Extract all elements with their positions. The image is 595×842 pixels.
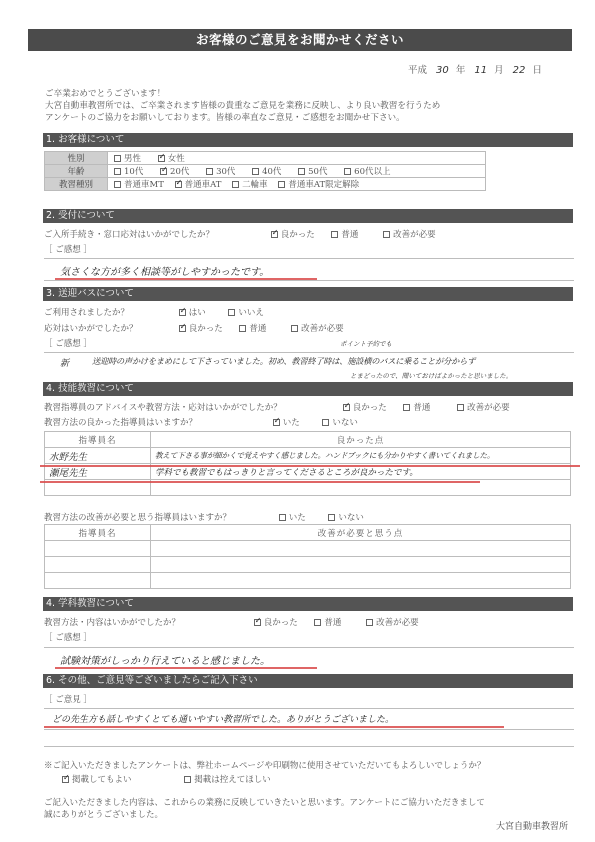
reception-normal-checkbox[interactable]: 普通	[331, 228, 358, 240]
course-type-label: 教習種別	[45, 178, 108, 191]
age-40s-checkbox[interactable]: 40代	[252, 165, 281, 177]
reception-question: ご入所手続き・窓口応対はいかがでしたか？ 良かった 普通 改善が必要	[44, 228, 450, 240]
reception-comment-label: ［ ご感想 ］	[44, 243, 92, 255]
reception-good-checkbox[interactable]: 良かった	[271, 228, 315, 240]
course-mt-checkbox[interactable]: 普通車MT	[114, 178, 164, 190]
underline	[55, 667, 317, 669]
option-label: 普通車MT	[124, 180, 164, 190]
checked-checkbox-icon	[62, 776, 69, 783]
date-era: 平成	[408, 65, 427, 76]
table-row	[45, 573, 571, 589]
date-day-label: 日	[532, 65, 542, 76]
publish-consent-question: ※ご記入いただきましたアンケートは、弊社ホームページや印刷物に使用させていただい…	[44, 760, 485, 772]
improve-instructor-yes-checkbox[interactable]: いた	[279, 511, 306, 523]
date-line: 平成 30 年 11 月 22 日	[408, 62, 542, 76]
column-header: 指導員名	[45, 525, 151, 541]
checked-checkbox-icon	[254, 619, 261, 626]
table-row	[45, 557, 571, 573]
divider	[44, 647, 574, 648]
checkbox-icon	[184, 776, 191, 783]
option-label: 改善が必要	[301, 324, 344, 334]
organization-name: 大宮自動車教習所	[496, 819, 568, 832]
checkbox-icon	[278, 181, 285, 188]
closing-line: 誠にありがとうございました。	[44, 809, 485, 821]
date-day-field[interactable]: 22	[513, 65, 526, 76]
publish-allowed-checkbox[interactable]: 掲載してもよい	[62, 773, 132, 785]
option-label: 普通	[413, 403, 430, 413]
bus-usage-yes-checkbox[interactable]: はい	[179, 306, 206, 318]
age-20s-checkbox[interactable]: 20代	[160, 165, 189, 177]
table-row: 水野先生 教えて下さる事が細かくで覚えやすく感じました。ハンドブックにも分かりや…	[45, 448, 571, 464]
underline	[44, 726, 504, 728]
checkbox-icon	[228, 309, 235, 316]
bus-comment-prefix: 新	[60, 356, 69, 369]
checkbox-icon	[239, 325, 246, 332]
closing-message: ご記入いただきました内容は、これからの業務に反映していきたいと思います。アンケー…	[44, 797, 485, 821]
instructor-good-checkbox[interactable]: 良かった	[343, 401, 387, 413]
bus-service-question: 応対はいかがでしたか？ 良かった 普通 改善が必要	[44, 322, 358, 334]
classroom-comment-label: ［ ご感想 ］	[44, 631, 92, 643]
customer-info-table: 性別 男性 女性 年齢 10代 20代 30代 40代 50代 60代以上 教習…	[44, 151, 486, 191]
gender-male-checkbox[interactable]: 男性	[114, 152, 141, 164]
checkbox-icon	[291, 325, 298, 332]
age-50s-checkbox[interactable]: 50代	[298, 165, 327, 177]
option-label: いた	[289, 513, 306, 523]
divider	[44, 729, 574, 730]
section-header-driving-lessons: 4. 技能教習について	[43, 382, 573, 396]
checked-checkbox-icon	[273, 419, 280, 426]
checkbox-icon	[328, 514, 335, 521]
other-comment-field[interactable]: どの先生方も話しやすくとても通いやすい教習所でした。ありがとうございました。	[52, 712, 394, 725]
section-header-classroom-lessons: 4. 学科教習について	[43, 597, 573, 611]
option-label: 30代	[216, 167, 235, 177]
good-instructor-yes-checkbox[interactable]: いた	[273, 416, 300, 428]
checkbox-icon	[206, 168, 213, 175]
improve-instructor-question: 教習方法の改善が必要と思う指導員はいますか？ いた いない	[44, 511, 378, 523]
classroom-good-checkbox[interactable]: 良かった	[254, 616, 298, 628]
option-label: 改善が必要	[376, 618, 419, 628]
age-60s-checkbox[interactable]: 60代以上	[344, 165, 390, 177]
bus-comment-line2: とまどったので、聞いておけばよかったと思いました。	[350, 371, 512, 380]
question-text: 教習方法の改善が必要と思う指導員はいますか？	[44, 511, 276, 523]
option-label: 改善が必要	[393, 230, 436, 240]
instructor-name-field[interactable]: 瀬尾先生	[49, 468, 87, 479]
improve-point-field[interactable]	[151, 573, 571, 589]
section-header-customer: 1. お客様について	[43, 133, 573, 147]
classroom-improve-checkbox[interactable]: 改善が必要	[366, 616, 419, 628]
age-label: 年齢	[45, 165, 108, 178]
column-header: 指導員名	[45, 432, 151, 448]
publish-consent-options: 掲載してもよい 掲載は控えてほしい	[62, 773, 285, 785]
good-instructor-no-checkbox[interactable]: いない	[322, 416, 358, 428]
option-label: 良かった	[264, 618, 298, 628]
good-instructor-question: 教習方法の良かった指導員はいますか？ いた いない	[44, 416, 372, 428]
bus-normal-checkbox[interactable]: 普通	[239, 322, 266, 334]
option-label: 50代	[308, 167, 327, 177]
bus-usage-no-checkbox[interactable]: いいえ	[228, 306, 264, 318]
intro-line: アンケートのご協力をお願いしております。皆様の率直なご意見・ご感想をお聞かせ下さ…	[45, 112, 440, 124]
instructor-name-field[interactable]	[45, 541, 151, 557]
option-label: いいえ	[238, 308, 264, 318]
option-label: 普通	[324, 618, 341, 628]
checkbox-icon	[331, 231, 338, 238]
classroom-normal-checkbox[interactable]: 普通	[314, 616, 341, 628]
closing-line: ご記入いただきました内容は、これからの業務に反映していきたいと思います。アンケー…	[44, 797, 485, 809]
good-point-field[interactable]: 学科でも教習でもはっきりと言ってくださるところが良かったです。	[155, 468, 418, 478]
option-label: 普通車AT限定解除	[288, 180, 359, 190]
instructor-advice-question: 教習指導員のアドバイスや教習方法・応対はいかがでしたか？ 良かった 普通 改善が…	[44, 401, 524, 413]
option-label: 普通	[249, 324, 266, 334]
question-text: 教習指導員のアドバイスや教習方法・応対はいかがでしたか？	[44, 401, 340, 413]
classroom-comment-field[interactable]: 試験対策がしっかり行えていると感じました。	[60, 652, 270, 667]
intro-line: 大宮自動車教習所では、ご卒業されます皆様の貴重なご意見を業務に反映し、より良い教…	[45, 100, 440, 112]
checkbox-icon	[366, 619, 373, 626]
divider	[44, 708, 574, 709]
option-label: 10代	[124, 167, 143, 177]
checkbox-icon	[114, 155, 121, 162]
instructor-name-field[interactable]	[45, 557, 151, 573]
option-label: はい	[189, 308, 206, 318]
question-text: ご入所手続き・窓口応対はいかがでしたか？	[44, 228, 268, 240]
bus-comment-insertion: ポイント予約でも	[340, 339, 392, 348]
improve-instructor-table: 指導員名 改善が必要と思う点	[44, 524, 571, 589]
option-label: 普通車AT	[185, 180, 222, 190]
age-10s-checkbox[interactable]: 10代	[114, 165, 143, 177]
checkbox-icon	[314, 619, 321, 626]
checkbox-icon	[114, 181, 121, 188]
date-year-label: 年	[456, 65, 466, 76]
course-motorcycle-checkbox[interactable]: 二輪車	[232, 178, 268, 190]
gender-female-checkbox[interactable]: 女性	[158, 152, 185, 164]
instructor-normal-checkbox[interactable]: 普通	[403, 401, 430, 413]
checkbox-icon	[383, 231, 390, 238]
checkbox-icon	[457, 404, 464, 411]
column-header: 良かった点	[151, 432, 571, 448]
good-instructor-table: 指導員名 良かった点 水野先生 教えて下さる事が細かくで覚えやすく感じました。ハ…	[44, 431, 571, 496]
checkbox-icon	[403, 404, 410, 411]
date-month-label: 月	[494, 65, 504, 76]
checked-checkbox-icon	[160, 168, 167, 175]
improve-point-field[interactable]	[151, 541, 571, 557]
option-label: いない	[338, 513, 364, 523]
divider	[44, 352, 574, 353]
good-point-field[interactable]: 教えて下さる事が細かくで覚えやすく感じました。ハンドブックにも分かりやすく書いて…	[155, 451, 494, 460]
checked-checkbox-icon	[179, 309, 186, 316]
checkbox-icon	[252, 168, 259, 175]
checked-checkbox-icon	[175, 181, 182, 188]
checked-checkbox-icon	[271, 231, 278, 238]
improve-point-field[interactable]	[151, 557, 571, 573]
option-label: 女性	[168, 154, 185, 164]
checked-checkbox-icon	[343, 404, 350, 411]
option-label: 改善が必要	[467, 403, 510, 413]
instructor-name-field[interactable]	[45, 573, 151, 589]
section-header-reception: 2. 受付について	[43, 209, 573, 223]
option-label: 男性	[124, 154, 141, 164]
course-at-unlock-checkbox[interactable]: 普通車AT限定解除	[278, 178, 359, 190]
checkbox-icon	[114, 168, 121, 175]
gender-label: 性別	[45, 152, 108, 165]
bus-usage-question: ご利用されましたか？ はい いいえ	[44, 306, 278, 318]
checkbox-icon	[344, 168, 351, 175]
option-label: 20代	[170, 167, 189, 177]
option-label: 40代	[262, 167, 281, 177]
age-30s-checkbox[interactable]: 30代	[206, 165, 235, 177]
section-header-shuttle-bus: 3. 送迎バスについて	[43, 287, 573, 301]
question-text: 応対はいかがでしたか？	[44, 322, 176, 334]
publish-declined-checkbox[interactable]: 掲載は控えてほしい	[184, 773, 271, 785]
checkbox-icon	[279, 514, 286, 521]
option-label: 良かった	[281, 230, 315, 240]
intro-text: ご卒業おめでとうございます！ 大宮自動車教習所では、ご卒業されます皆様の貴重なご…	[45, 88, 440, 124]
intro-line: ご卒業おめでとうございます！	[45, 88, 440, 100]
section-header-other-comments: 6. その他、ご意見等ございましたらご記入下さい	[43, 674, 573, 688]
reception-comment-field[interactable]: 気さくな方が多く相談等がしやすかったです。	[60, 263, 269, 278]
option-label: 普通	[341, 230, 358, 240]
divider	[44, 280, 574, 281]
checkbox-icon	[232, 181, 239, 188]
option-label: 良かった	[353, 403, 387, 413]
option-label: 良かった	[189, 324, 223, 334]
improve-instructor-no-checkbox[interactable]: いない	[328, 511, 364, 523]
bus-good-checkbox[interactable]: 良かった	[179, 322, 223, 334]
checkbox-icon	[322, 419, 329, 426]
divider	[44, 746, 574, 747]
question-text: 教習方法・内容はいかがでしたか？	[44, 616, 251, 628]
classroom-question: 教習方法・内容はいかがでしたか？ 良かった 普通 改善が必要	[44, 616, 433, 628]
table-row	[45, 541, 571, 557]
column-header: 改善が必要と思う点	[151, 525, 571, 541]
option-label: 60代以上	[354, 167, 390, 177]
option-label: 掲載してもよい	[72, 775, 132, 785]
bus-comment-label: ［ ご感想 ］	[44, 337, 92, 349]
underline	[40, 465, 580, 467]
underline	[40, 481, 480, 483]
option-label: 二輪車	[242, 180, 268, 190]
date-month-field[interactable]: 11	[474, 65, 487, 76]
question-text: 教習方法の良かった指導員はいますか？	[44, 416, 270, 428]
option-label: いた	[283, 418, 300, 428]
date-year-field[interactable]: 30	[436, 65, 449, 76]
form-title: お客様のご意見をお聞かせください	[28, 29, 572, 51]
option-label: いない	[332, 418, 358, 428]
divider	[44, 258, 574, 259]
checked-checkbox-icon	[179, 325, 186, 332]
bus-improve-checkbox[interactable]: 改善が必要	[291, 322, 344, 334]
bus-comment-field[interactable]: 送迎時の声かけをまめにして下さっていました。初め、教習終了時は、施設横のバスに乗…	[92, 356, 475, 367]
other-comment-label: ［ ご意見 ］	[44, 693, 92, 705]
instructor-improve-checkbox[interactable]: 改善が必要	[457, 401, 510, 413]
question-text: ご利用されましたか？	[44, 306, 176, 318]
checked-checkbox-icon	[158, 155, 165, 162]
course-at-checkbox[interactable]: 普通車AT	[175, 178, 222, 190]
instructor-name-field[interactable]: 水野先生	[49, 452, 87, 463]
option-label: 掲載は控えてほしい	[194, 775, 271, 785]
checkbox-icon	[298, 168, 305, 175]
reception-improve-checkbox[interactable]: 改善が必要	[383, 228, 436, 240]
